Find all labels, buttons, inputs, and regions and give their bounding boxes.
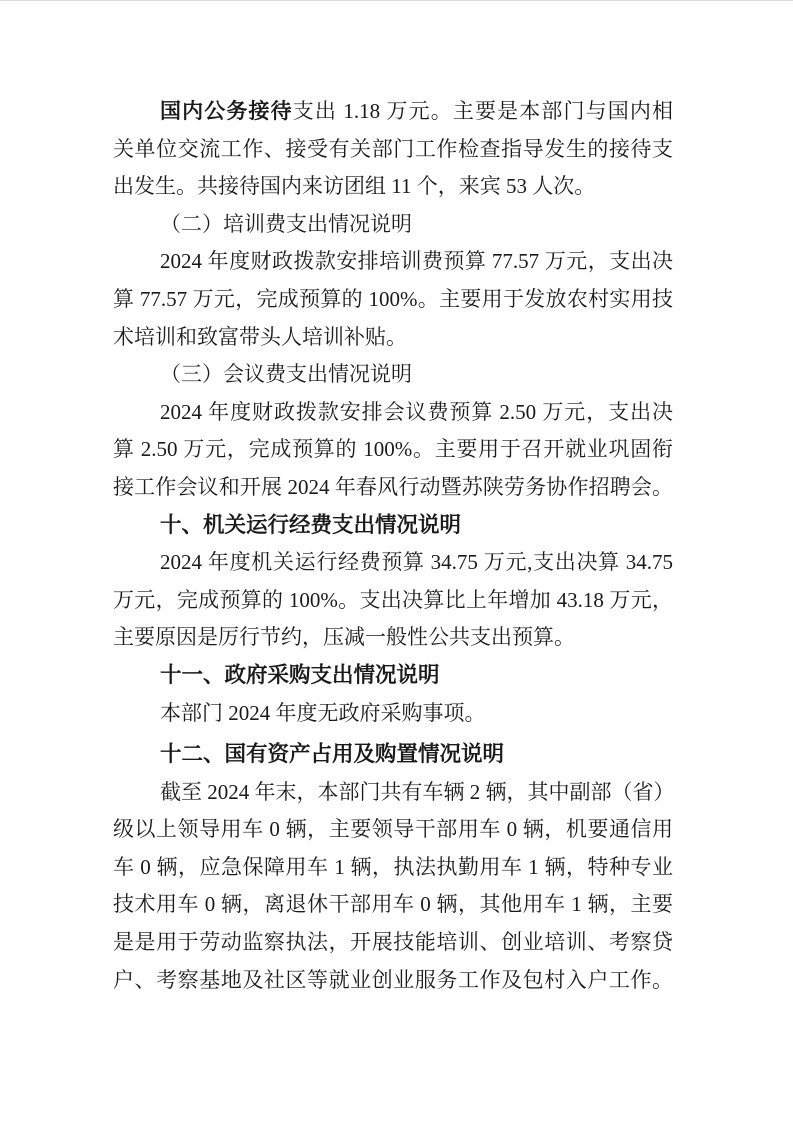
bold-run: 国内公务接待 bbox=[160, 99, 293, 123]
paragraph-line: 主要原因是厉行节约，压减一般性公共支出预算。 bbox=[113, 619, 673, 657]
paragraph-line: 国内公务接待支出 1.18 万元。主要是本部门与国内相 bbox=[113, 93, 673, 131]
paragraph-line: 2024 年度财政拨款安排培训费预算 77.57 万元，支出决 bbox=[113, 243, 673, 281]
paragraph-line: 万元，完成预算的 100%。支出决算比上年增加 43.18 万元， bbox=[113, 582, 673, 620]
document-page: 国内公务接待支出 1.18 万元。主要是本部门与国内相 关单位交流工作、接受有关… bbox=[113, 93, 673, 999]
paragraph-line: 级以上领导用车 0 辆，主要领导干部用车 0 辆，机要通信用 bbox=[113, 811, 673, 849]
section-heading: 十二、国有资产占用及购置情况说明 bbox=[113, 736, 673, 774]
paragraph-line: 2024 年度财政拨款安排会议费预算 2.50 万元，支出决 bbox=[113, 394, 673, 432]
section-heading: 十一、政府采购支出情况说明 bbox=[113, 657, 673, 695]
paragraph-line: 算 77.57 万元，完成预算的 100%。主要用于发放农村实用技 bbox=[113, 281, 673, 319]
paragraph-line: 技术用车 0 辆，离退休干部用车 0 辆，其他用车 1 辆，主要 bbox=[113, 886, 673, 924]
subsection-heading: （二）培训费支出情况说明 bbox=[113, 206, 673, 244]
document-background: { "page": { "background_color": "#ffffff… bbox=[0, 0, 793, 1122]
paragraph-line: 本部门 2024 年度无政府采购事项。 bbox=[113, 695, 673, 733]
paragraph-line: 出发生。共接待国内来访团组 11 个，来宾 53 人次。 bbox=[113, 168, 673, 206]
subsection-heading: （三）会议费支出情况说明 bbox=[113, 356, 673, 394]
paragraph-line: 术培训和致富带头人培训补贴。 bbox=[113, 319, 673, 357]
paragraph-line: 关单位交流工作、接受有关部门工作检查指导发生的接待支 bbox=[113, 131, 673, 169]
paragraph-line: 2024 年度机关运行经费预算 34.75 万元,支出决算 34.75 bbox=[113, 544, 673, 582]
paragraph-line: 户、考察基地及社区等就业创业服务工作及包村入户工作。 bbox=[113, 962, 673, 1000]
paragraph-line: 算 2.50 万元，完成预算的 100%。主要用于召开就业巩固衔 bbox=[113, 431, 673, 469]
section-heading: 十、机关运行经费支出情况说明 bbox=[113, 507, 673, 545]
paragraph-line: 车 0 辆，应急保障用车 1 辆，执法执勤用车 1 辆，特种专业 bbox=[113, 849, 673, 887]
text-run: 支出 1.18 万元。主要是本部门与国内相 bbox=[293, 99, 673, 123]
paragraph-line: 接工作会议和开展 2024 年春风行动暨苏陕劳务协作招聘会。 bbox=[113, 469, 673, 507]
paragraph-line: 截至 2024 年末，本部门共有车辆 2 辆，其中副部（省） bbox=[113, 774, 673, 812]
paragraph-line: 是是用于劳动监察执法，开展技能培训、创业培训、考察贷 bbox=[113, 924, 673, 962]
